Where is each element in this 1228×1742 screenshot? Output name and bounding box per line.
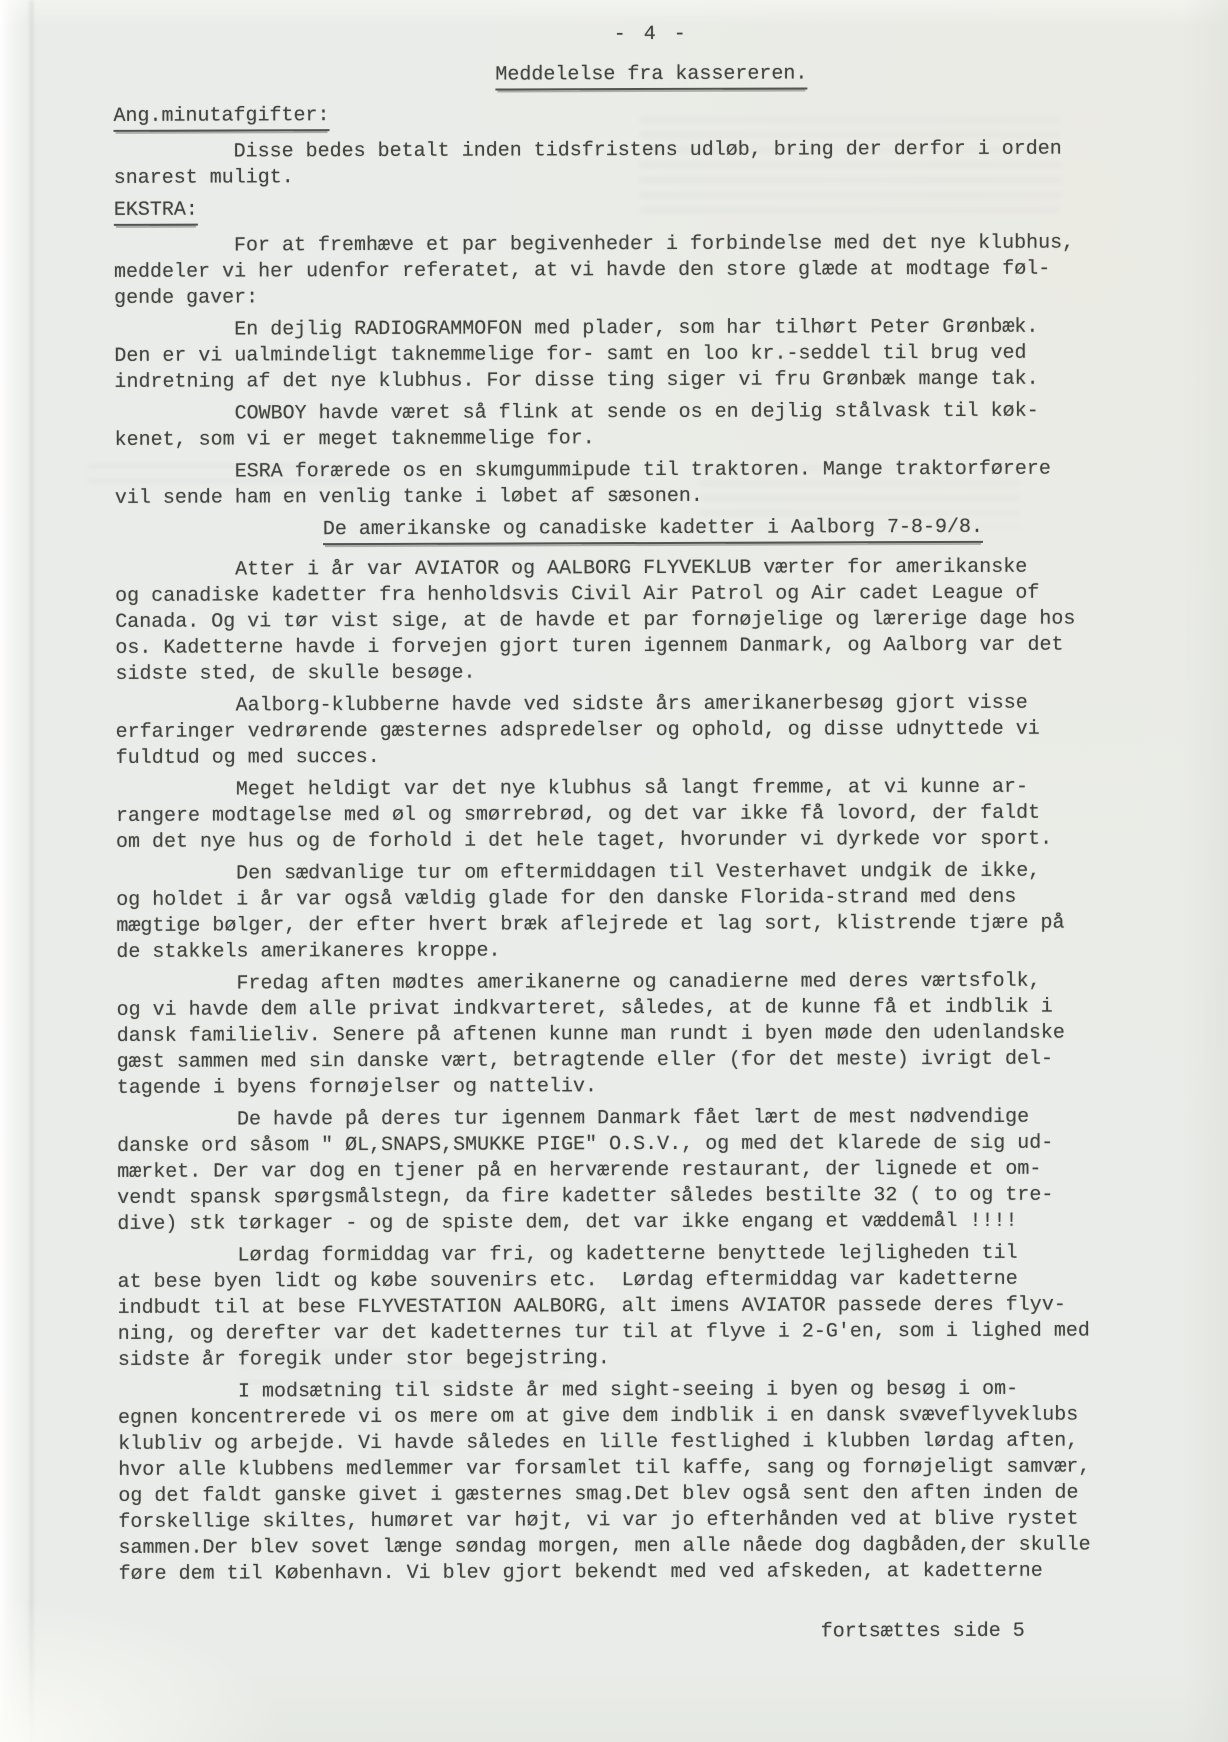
page-corner-curl: [0, 1602, 280, 1742]
text-line: Disse bedes betalt inden tidsfristens ud…: [114, 136, 1190, 166]
text-line: danske ord såsom " ØL,SNAPS,SMUKKE PIGE"…: [117, 1130, 1193, 1160]
paragraph: Meget heldigt var det nye klubhus så lan…: [116, 774, 1192, 856]
text-line: føre dem til København. Vi blev gjort be…: [119, 1558, 1195, 1588]
text-line: og holdet i år var også vældig glade for…: [116, 884, 1192, 914]
paragraph: Fredag aften mødtes amerikanerne og cana…: [116, 968, 1192, 1102]
section-heading: EKSTRA:: [114, 194, 1190, 224]
text-line: de stakkels amerikaneres kroppe.: [116, 936, 1192, 966]
text-line: Lørdag formiddag var fri, og kadetterne …: [117, 1240, 1193, 1270]
text-line: Atter i år var AVIATOR og AALBORG FLYVEK…: [115, 554, 1191, 584]
paragraph: Aalborg-klubberne havde ved sidste års a…: [116, 690, 1192, 772]
text-line: indbudt til at bese FLYVESTATION AALBORG…: [118, 1292, 1194, 1322]
paragraph: Atter i år var AVIATOR og AALBORG FLYVEK…: [115, 554, 1191, 688]
section-heading: Ang.minutafgifter:: [113, 100, 1189, 130]
paragraph: Disse bedes betalt inden tidsfristens ud…: [114, 136, 1190, 192]
text-line: I modsætning til sidste år med sight-see…: [118, 1376, 1194, 1406]
text-line: Canada. Og vi tør vist sige, at de havde…: [115, 606, 1191, 636]
text-line: egnen koncentrerede vi os mere om at giv…: [118, 1402, 1194, 1432]
underlined-heading-text: Meddelelse fra kassereren.: [495, 62, 807, 90]
underlined-heading-text: De amerikanske og canadiske kadetter i A…: [323, 516, 983, 545]
text-line: rangere modtagelse med øl og smørrebrød,…: [116, 800, 1192, 830]
scanned-document-page: - 4 -Meddelelse fra kassereren.Ang.minut…: [0, 0, 1228, 1742]
text-line: De havde på deres tur igennem Danmark få…: [117, 1104, 1193, 1134]
paper-crease: [30, 0, 33, 1742]
text-line: sidste sted, de skulle besøge.: [115, 658, 1191, 688]
paragraph: De havde på deres tur igennem Danmark få…: [117, 1104, 1193, 1238]
text-line: dive) stk tørkager - og de spiste dem, d…: [117, 1208, 1193, 1238]
text-line: En dejlig RADIOGRAMMOFON med plader, som…: [114, 314, 1190, 344]
text-line: os. Kadetterne havde i forvejen gjort tu…: [115, 632, 1191, 662]
text-line: kenet, som vi er meget taknemmelige for.: [115, 424, 1191, 454]
text-line: Meget heldigt var det nye klubhus så lan…: [116, 774, 1192, 804]
text-line: mægtige bølger, der efter hvert bræk afl…: [116, 910, 1192, 940]
paragraph: En dejlig RADIOGRAMMOFON med plader, som…: [114, 314, 1190, 396]
text-line: hvor alle klubbens medlemmer var forsaml…: [118, 1454, 1194, 1484]
section-title: Meddelelse fra kassereren.: [113, 60, 1189, 90]
underlined-heading-text: Ang.minutafgifter:: [113, 104, 329, 132]
text-line: vendt spansk spørgsmålstegn, da fire kad…: [117, 1182, 1193, 1212]
page-number: - 4 -: [113, 20, 1189, 50]
text-line: For at fremhæve et par begivenheder i fo…: [114, 230, 1190, 260]
text-line: at bese byen lidt og købe souvenirs etc.…: [118, 1266, 1194, 1296]
text-line: gæst sammen med sin danske vært, betragt…: [117, 1046, 1193, 1076]
text-line: sammen.Der blev sovet længe søndag morge…: [118, 1532, 1194, 1562]
text-line: dansk familieliv. Senere på aftenen kunn…: [117, 1020, 1193, 1050]
text-line: ESRA forærede os en skumgummipude til tr…: [115, 456, 1191, 486]
text-line: Aalborg-klubberne havde ved sidste års a…: [116, 690, 1192, 720]
section-title: De amerikanske og canadiske kadetter i A…: [115, 514, 1191, 544]
text-line: erfaringer vedrørende gæsternes adsprede…: [116, 716, 1192, 746]
text-line: og canadiske kadetter fra henholdsvis Ci…: [115, 580, 1191, 610]
text-line: Den er vi ualmindeligt taknemmelige for-…: [114, 340, 1190, 370]
paragraph: For at fremhæve et par begivenheder i fo…: [114, 230, 1190, 312]
text-line: Den sædvanlige tur om eftermiddagen til …: [116, 858, 1192, 888]
text-line: meddeler vi her udenfor referatet, at vi…: [114, 256, 1190, 286]
paragraph: COWBOY havde været så flink at sende os …: [114, 398, 1190, 454]
text-line: sidste år foregik under stor begejstring…: [118, 1344, 1194, 1374]
footer-continuation-note: fortsættes side 5: [119, 1618, 1195, 1648]
text-line: klubliv og arbejde. Vi havde således en …: [118, 1428, 1194, 1458]
text-line: tagende i byens fornøjelser og natteliv.: [117, 1072, 1193, 1102]
text-line: COWBOY havde været så flink at sende os …: [114, 398, 1190, 428]
paragraph: Den sædvanlige tur om eftermiddagen til …: [116, 858, 1192, 966]
paragraph: Lørdag formiddag var fri, og kadetterne …: [117, 1240, 1193, 1374]
text-line: og det faldt ganske givet i gæsternes sm…: [118, 1480, 1194, 1510]
text-line: Fredag aften mødtes amerikanerne og cana…: [116, 968, 1192, 998]
text-line: og vi havde dem alle privat indkvarteret…: [117, 994, 1193, 1024]
text-line: indretning af det nye klubhus. For disse…: [114, 366, 1190, 396]
text-line: om det nye hus og de forhold i det hele …: [116, 826, 1192, 856]
text-line: vil sende ham en venlig tanke i løbet af…: [115, 482, 1191, 512]
text-line: snarest muligt.: [114, 162, 1190, 192]
text-line: ning, og derefter var det kadetternes tu…: [118, 1318, 1194, 1348]
paragraph: ESRA forærede os en skumgummipude til tr…: [115, 456, 1191, 512]
text-line: fuldtud og med succes.: [116, 742, 1192, 772]
underlined-heading-text: EKSTRA:: [114, 199, 198, 226]
paragraph: I modsætning til sidste år med sight-see…: [118, 1376, 1195, 1588]
text-line: mærket. Der var dog en tjener på en herv…: [117, 1156, 1193, 1186]
page-content: - 4 -Meddelelse fra kassereren.Ang.minut…: [113, 20, 1195, 1648]
text-line: gende gaver:: [114, 282, 1190, 312]
text-line: forskellige skiltes, humøret var højt, v…: [118, 1506, 1194, 1536]
